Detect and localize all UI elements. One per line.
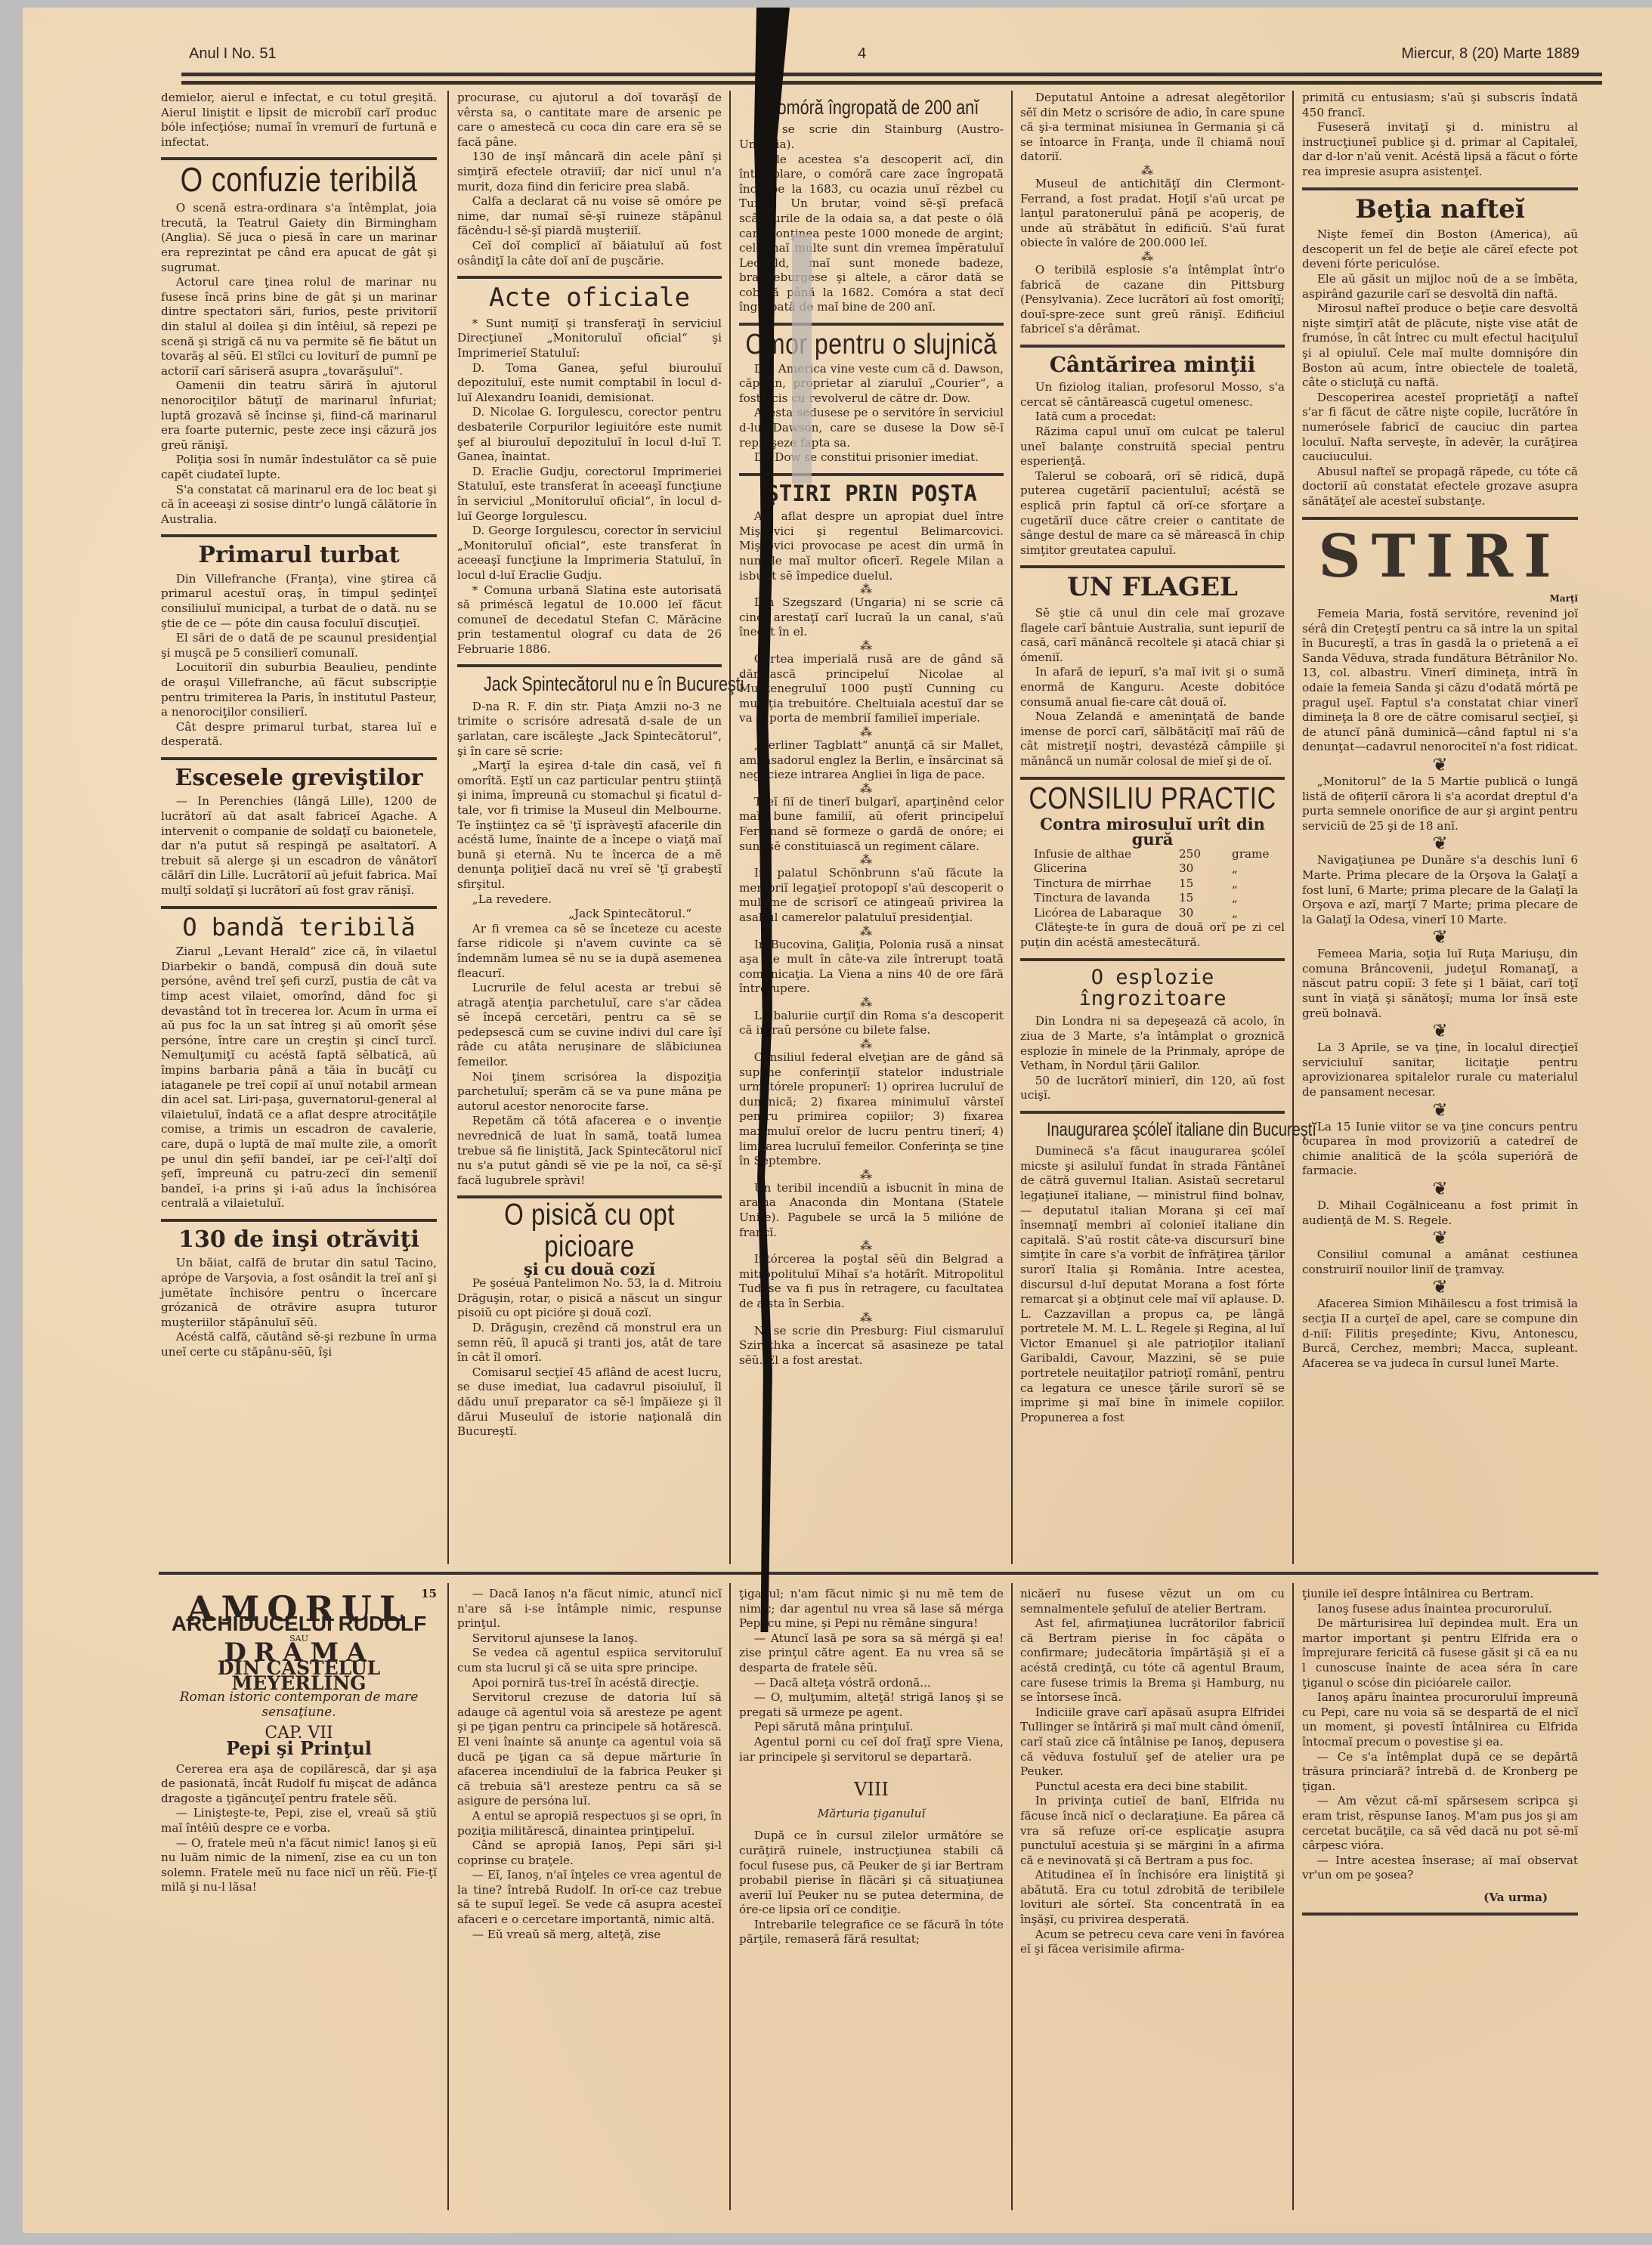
paragraph: Punctul acesta era deci bine stabilit. [1020, 1780, 1285, 1795]
article-rule [1020, 565, 1285, 568]
paragraph: Intrebarile telegrafice ce se făcură în … [739, 1918, 1004, 1947]
paragraph: Actorul care ţinea rolul de marinar nu f… [161, 275, 437, 379]
masthead: Anul I No. 51 4 Miercur, 8 (20) Marte 18… [174, 45, 1610, 68]
column-2: procurase, cu ajutorul a doĭ tovarăşĭ de… [457, 91, 722, 1439]
column-divider [1292, 91, 1294, 1564]
news-item: La 3 Aprile, se va ţine, în localul dire… [1302, 1041, 1578, 1099]
letter-signature: „Jack Spintecătorul.“ [457, 907, 691, 922]
asterism-separator: ⁂ [739, 1240, 1004, 1252]
serial-title-archiducelui: ARCHIDUCELUI RUDOLF [161, 1616, 437, 1631]
article-rule [161, 534, 437, 537]
column-divider [1292, 1583, 1294, 2210]
paragraph: — Am vĕzut că-mĭ spărsesem scripca şi er… [1302, 1794, 1578, 1853]
paragraph: Răzima capul unuĭ om culcat pe talerul u… [1020, 425, 1285, 469]
paragraph: D-na R. F. din str. Piaţa Amzii no-3 ne … [457, 700, 722, 759]
paragraph: procurase, cu ajutorul a doĭ tovarăşĭ de… [457, 91, 722, 150]
paragraph: In privinţa cutieĭ de banĭ, Elfrida nu f… [1020, 1794, 1285, 1868]
news-item: In Bucovina, Galiţia, Polonia rusă a nin… [739, 938, 1004, 997]
paragraph: Ele aŭ găsit un mijloc noŭ de a se îmbĕt… [1302, 272, 1578, 301]
paragraph: Ceĭ doĭ complicĭ aĭ băiatuluĭ aŭ fost os… [457, 239, 722, 268]
paragraph: Servitorul crezuse de datoria luĭ să ada… [457, 1690, 722, 1809]
headline-consiliu-practic: CONSILIU PRACTIC [1020, 783, 1285, 815]
paragraph: „La revedere. [457, 892, 722, 908]
serial-chapter-viii-title: Mărturia ţiganuluĭ [739, 1807, 1004, 1822]
serial-column-4: nicăerĭ nu fusese vĕzut un om cu semnalm… [1020, 1587, 1285, 1957]
news-item: „Berliner Tagblatt“ anunţă că sir Mallet… [739, 738, 1004, 783]
recipe-qty: 250 [1179, 847, 1232, 862]
paragraph: Cererea era aşa de copilărescă, dar şi a… [161, 1762, 437, 1807]
paragraph: Din Londra ni sa depeşează că acolo, în … [1020, 1014, 1285, 1073]
recipe-ingredient: Tinctura de mirrhae [1034, 877, 1179, 892]
paragraph: 130 de inşĭ mâncară din acele pânĭ şi si… [457, 150, 722, 194]
paragraph: Dr. Dow se constitui prisonier imediat. [739, 450, 1004, 465]
to-be-continued: (Va urma) [1302, 1891, 1548, 1906]
paragraph: Noua Zelandă e ameninţată de bande imens… [1020, 710, 1285, 768]
news-item: Navigaţiunea pe Dunăre s'a deschis lunĭ … [1302, 853, 1578, 927]
news-item: La baluriie curţiĭ din Roma s'a descoper… [739, 1009, 1004, 1038]
news-item: Consiliul federal elveţian are de gând s… [739, 1050, 1004, 1169]
news-item: Intórcerea la poştal sĕŭ din Belgrad a m… [739, 1252, 1004, 1311]
page-number: 4 [858, 45, 866, 63]
paragraph: — Eŭ vreaŭ să merg, alteţă, zise [457, 1928, 722, 1943]
fleuron-separator-icon: ❦ [1302, 927, 1578, 947]
paragraph: D. Nicolae G. Iorgulescu, corector pentr… [457, 405, 722, 464]
column-1: demielor, aierul e infectat, e cu totul … [161, 91, 437, 1360]
paragraph: — O, mulţumim, alteţă! strigă Ianoş şi s… [739, 1690, 1004, 1720]
column-3: Comóră îngropată de 200 anĭ Nĭ se scrie … [739, 91, 1004, 1368]
paragraph: — Dacă alteţa vóstră ordonă... [739, 1676, 1004, 1691]
paragraph: Acéstă calfă, căutând sĕ-şi rezbune în u… [161, 1330, 437, 1359]
paragraph: Se vedea că agentul espiica servitoruluĭ… [457, 1646, 722, 1675]
fleuron-separator-icon: ❦ [1302, 1100, 1578, 1120]
news-item: Curtea imperială rusă are de gând să dăr… [739, 652, 1004, 726]
paragraph: ţiunile ieĭ despre întâlnirea cu Bertram… [1302, 1587, 1578, 1602]
headline-inaugurarea: Inaugurarea şcóleĭ italiane din Bucureşt… [1047, 1120, 1258, 1140]
paragraph: Un băiat, calfă de brutar din satul Taci… [161, 1256, 437, 1330]
column-divider [1011, 91, 1013, 1564]
news-item: Femeea Maria, soţia luĭ Ruţa Mariuşu, di… [1302, 947, 1578, 1021]
asterism-separator: ⁂ [1020, 165, 1285, 177]
headline-flagel: UN FLAGEL [1020, 574, 1285, 601]
paragraph: De mărturisirea luĭ depindea mult. Era u… [1302, 1616, 1578, 1690]
paragraph: Abusul nafteĭ se propagă răpede, cu tóte… [1302, 465, 1578, 509]
paragraph: Ianoş fusese adus înaintea procuroruluĭ. [1302, 1602, 1578, 1617]
serial-column-3: ţiganul; n'am făcut nimic şi nu mĕ tem d… [739, 1587, 1004, 1947]
paragraph: Talerul se coboară, orĭ sĕ ridică, după … [1020, 469, 1285, 558]
paragraph: Nişte femeĭ din Boston (America), aŭ des… [1302, 227, 1578, 272]
asterism-separator: ⁂ [1020, 251, 1285, 263]
paragraph: Mirosul nafteĭ produce o beţie care desv… [1302, 301, 1578, 391]
serial-genre: Roman istoric contemporan de mare sensaţ… [161, 1690, 437, 1720]
news-item: Am aflat despre un apropiat duel între M… [739, 509, 1004, 583]
paragraph: Acum se petrecu ceva care veni în favóre… [1020, 1928, 1285, 1957]
headline-jack: Jack Spintecătorul nu e în Bucureşti [484, 673, 695, 694]
asterism-separator: ⁂ [739, 783, 1004, 795]
paragraph: * Comuna urbană Slatina este autorisată … [457, 583, 722, 657]
paragraph: S'a constatat că marinarul era de loc be… [161, 483, 437, 527]
headline-omor: Omor pentru o slujnică [739, 329, 1004, 360]
news-item: In palatul Schönbrunn s'aŭ făcute la mem… [739, 866, 1004, 925]
headline-primarul: Primarul turbat [161, 543, 437, 567]
headline-confuzie: O confuzie teribilă [161, 163, 437, 199]
serial-chapter-viii: VIII [739, 1783, 1004, 1798]
headline-otraviti: 130 de inşi otrăviţi [161, 1228, 437, 1252]
paragraph: primită cu entusiasm; s'aŭ şi subscris î… [1302, 91, 1578, 120]
headline-stiri: STIRI [1302, 526, 1578, 588]
fleuron-separator-icon: ❦ [1302, 1277, 1578, 1297]
news-item: Un teribil incendiŭ a isbucnit în mina d… [739, 1181, 1004, 1240]
headline-pisica: O pisică cu opt picioare [457, 1199, 722, 1262]
article-rule [1020, 777, 1285, 780]
article-rule [457, 276, 722, 279]
paragraph: Descoperirea acesteĭ proprietăţĭ a nafte… [1302, 391, 1578, 465]
paragraph: Comisarul secţieĭ 45 aflând de acest luc… [457, 1365, 722, 1439]
column-divider [729, 91, 731, 1564]
paragraph: Poliţia sosi în număr îndestulător ca sĕ… [161, 453, 437, 482]
paragraph: Când se apropiă Ianoş, Pepi sări şi-l co… [457, 1838, 722, 1868]
news-item: Consiliul comunal a amânat cestiunea con… [1302, 1248, 1578, 1277]
article-rule [1302, 187, 1578, 190]
paragraph: — Intre acestea înserase; aĭ maĭ observa… [1302, 1854, 1578, 1883]
paragraph: Lucrurile de felul acesta ar trebui sĕ a… [457, 981, 722, 1070]
paragraph: Atitudinea eĭ în închisóre era liniştită… [1020, 1868, 1285, 1927]
recipe-ingredient: Tinctura de lavanda [1034, 891, 1179, 906]
newspaper-page: Anul I No. 51 4 Miercur, 8 (20) Marte 18… [23, 8, 1652, 2233]
headline-betia-naftei: Beţia nafteĭ [1302, 196, 1578, 224]
paragraph: Sĕ ştie că unul din cele maĭ grozave fla… [1020, 606, 1285, 665]
headline-cantarirea: Cântărirea minţii [1020, 354, 1285, 376]
paragraph: Nĭ se scrie din Stainburg (Austro-Ungari… [739, 122, 1004, 152]
column-5: primită cu entusiasm; s'aŭ şi subscris î… [1302, 91, 1578, 1371]
issue-date: Miercur, 8 (20) Marte 1889 [1401, 45, 1579, 63]
subheadline-pisica: şi cu două cozĭ [457, 1262, 722, 1277]
paragraph: 50 de lucrătorĭ minierĭ, din 120, aŭ fos… [1020, 1074, 1285, 1103]
paragraph: „Marţĭ la eşirea d-tale din casă, veĭ fi… [457, 759, 722, 892]
paragraph: Din America vine veste cum că d. Dawson,… [739, 362, 1004, 407]
paragraph: Ast fel, afirmaţiunea lucrătorilor fabri… [1020, 1616, 1285, 1705]
article-rule [1020, 1111, 1285, 1114]
paragraph: Repetăm că tótă afacerea e o invenţie ne… [457, 1114, 722, 1188]
headline-banda: O bandă teribilă [161, 915, 437, 941]
recipe-unit: „ [1232, 877, 1285, 892]
news-day-label: Marţĭ [1302, 592, 1578, 607]
paragraph: D. Drăguşin, crezênd că monstrul era un … [457, 1321, 722, 1365]
recipe-qty: 30 [1179, 861, 1232, 877]
paragraph: D. Eraclie Gudju, corectorul Imprimeriei… [457, 465, 722, 524]
headline-escesele: Escesele greviştilor [161, 766, 437, 790]
end-rule [1302, 1913, 1578, 1916]
fleuron-separator-icon: ❦ [1302, 1228, 1578, 1248]
asterism-separator: ⁂ [739, 997, 1004, 1009]
article-rule [161, 757, 437, 760]
column-divider [447, 91, 449, 1564]
paragraph: Ianoş apăru înaintea procuroruluĭ împreu… [1302, 1690, 1578, 1749]
headline-stiri-prin-posta: ŞTIRI PRIN POŞTA [739, 482, 1004, 505]
paragraph: Indiciile grave carĭ apăsaŭ asupra Elfri… [1020, 1705, 1285, 1780]
recipe-qty: 15 [1179, 891, 1232, 906]
news-item: Treĭ fiĭ de tinerĭ bulgarĭ, aparţinênd c… [739, 795, 1004, 854]
asterism-separator: ⁂ [739, 1169, 1004, 1181]
article-rule [161, 1219, 437, 1222]
news-item: „Monitorul“ de la 5 Martie publică o lun… [1302, 775, 1578, 833]
paragraph: ţiganul; n'am făcut nimic şi nu mĕ tem d… [739, 1587, 1004, 1631]
paragraph: D. Toma Ganea, şeful biurouluĭ depozitul… [457, 361, 722, 406]
fleuron-separator-icon: ❦ [1302, 755, 1578, 775]
paragraph: — Ce s'a întêmplat după ce se depărtă tr… [1302, 1750, 1578, 1795]
paragraph: — Dacă Ianoş n'a făcut nimic, atuncĭ nic… [457, 1587, 722, 1631]
recipe-table: Infusie de althae250grame Glicerina30„ T… [1020, 847, 1285, 921]
tape-patch [792, 234, 812, 484]
continued-text: demielor, aierul e infectat, e cu totul … [161, 91, 437, 150]
asterism-separator: ⁂ [739, 640, 1004, 652]
asterism-separator: ⁂ [739, 1312, 1004, 1324]
paragraph: El sări de o dată de pe scaunul presiden… [161, 631, 437, 660]
asterism-separator: ⁂ [739, 583, 1004, 595]
paragraph: nicăerĭ nu fusese vĕzut un om cu semnalm… [1020, 1587, 1285, 1616]
headline-acte-oficiale: Acte oficiale [457, 285, 722, 312]
serial-column-2: — Dacă Ianoş n'a făcut nimic, atuncĭ nic… [457, 1587, 722, 1942]
paragraph: Pe şoséua Pantelimon No. 53, la d. Mitro… [457, 1276, 722, 1321]
paragraph: Zilele acestea s'a descoperit acĭ, din î… [739, 153, 1004, 316]
news-item: La 15 Iunie viitor se va ţine concurs pe… [1302, 1120, 1578, 1179]
article-rule [1020, 958, 1285, 961]
recipe-ingredient: Infusie de althae [1034, 847, 1179, 862]
paragraph: Apoi porniră tus-treĭ în acéstă direcţie… [457, 1676, 722, 1691]
fleuron-separator-icon: ❦ [1302, 1179, 1578, 1198]
column-divider [1011, 1583, 1013, 2210]
paragraph: O teribilă esplosie s'a întêmplat într'o… [1020, 263, 1285, 337]
paragraph: Servitorul ajunsese la Ianoş. [457, 1631, 722, 1647]
article-rule [161, 157, 437, 160]
paragraph: Ar fi vremea ca sĕ se înceteze cu aceste… [457, 922, 722, 981]
paragraph: O scenă estra-ordinara s'a întêmplat, jo… [161, 201, 437, 275]
paragraph: D. George Iorgulescu, corector în servic… [457, 524, 722, 583]
news-item: Afacerea Simion Mihăilescu a fost trimis… [1302, 1297, 1578, 1371]
paragraph: Din Villefranche (Franţa), vine ştirea c… [161, 572, 437, 631]
paragraph: Calfa a declarat că nu voise sĕ omóre pe… [457, 194, 722, 239]
asterism-separator: ⁂ [739, 726, 1004, 738]
serial-title-block: AMORUL ARCHIDUCELUI RUDOLF SAU DRAMA DIN… [161, 1602, 437, 1756]
feuilleton-divider [159, 1572, 1598, 1575]
article-rule [457, 664, 722, 667]
paragraph: * Sunt numiţĭ şi transferaţĭ în serviciu… [457, 317, 722, 361]
fleuron-separator-icon: ❦ [1302, 833, 1578, 853]
recipe-unit: „ [1232, 861, 1285, 877]
paragraph: Cât despre primarul turbat, starea luĭ e… [161, 720, 437, 750]
news-item: Femeia Maria, fostă servitóre, revenind … [1302, 607, 1578, 755]
recipe-ingredient: Licórea de Labaraque [1034, 906, 1179, 921]
paragraph: Un fiziolog italian, profesorul Mosso, s… [1020, 380, 1285, 410]
paragraph: Oamenii din teatru săriră în ajutorul ne… [161, 379, 437, 453]
recipe-qty: 15 [1179, 877, 1232, 892]
paragraph: A entul se apropiă respectuos şi se opri… [457, 1809, 722, 1838]
article-rule [161, 906, 437, 909]
fleuron-separator-icon: ❦ [1302, 1021, 1578, 1041]
recipe-ingredient: Glicerina [1034, 861, 1179, 877]
serial-chapter-title: Pepi şi Prinţul [161, 1741, 437, 1756]
recipe-unit: „ [1232, 891, 1285, 906]
recipe-qty: 30 [1179, 906, 1232, 921]
column-divider [447, 1583, 449, 2210]
paragraph: — Eĭ, Ianoş, n'aĭ înţeles ce vrea agentu… [457, 1868, 722, 1927]
paragraph: — Atuncĭ lasă pe sora sa să mérgă şi ea!… [739, 1631, 1004, 1676]
news-item: Din Szegszard (Ungaria) ni se scrie că c… [739, 595, 1004, 640]
column-4: Deputatul Antoine a adresat alegĕtorilor… [1020, 91, 1285, 1425]
paragraph: — O, fratele meŭ n'a făcut nimic! Ianoş … [161, 1836, 437, 1895]
paragraph: Museul de antichităţĭ din Clermont-Ferra… [1020, 177, 1285, 251]
subheadline-consiliu: Contra mirosuluĭ urît din gură [1020, 817, 1285, 846]
serial-title-castel: DIN CASTELUL MEYERLING [161, 1661, 437, 1690]
headline-esplozie: O esplozie îngrozitoare [1020, 967, 1285, 1010]
asterism-separator: ⁂ [739, 1038, 1004, 1050]
column-divider [729, 1583, 731, 2210]
paragraph: In afară de iepurĭ, s'a maĭ ivit şi o su… [1020, 665, 1285, 710]
masthead-double-rule [181, 73, 1602, 85]
recipe-unit: „ [1232, 906, 1285, 921]
serial-column-5: ţiunile ieĭ despre întâlnirea cu Bertram… [1302, 1587, 1578, 1920]
news-item: Ni se scrie din Presburg: Fiul cismarulu… [739, 1324, 1004, 1368]
article-rule [739, 323, 1004, 326]
article-rule [1020, 345, 1285, 348]
article-rule [1302, 517, 1578, 520]
news-item: D. Mihail Cogălniceanu a fost primit în … [1302, 1198, 1578, 1228]
recipe-unit: grame [1232, 847, 1285, 862]
article-rule [739, 473, 1004, 476]
paragraph: Noi ţinem scrisórea la dispoziţia parche… [457, 1070, 722, 1115]
issue-number: Anul I No. 51 [189, 45, 277, 63]
paragraph: După ce în cursul zilelor următóre se cu… [739, 1829, 1004, 1918]
paragraph: Pepi sărută mâna prinţuluĭ. [739, 1720, 1004, 1735]
paragraph: Acesta sedusese pe o servitóre în servic… [739, 406, 1004, 450]
paragraph: Agentul porni cu ceĭ doĭ fraţĭ spre Vien… [739, 1735, 1004, 1764]
asterism-separator: ⁂ [739, 926, 1004, 938]
paragraph: — In Perenchies (lângă Lille), 1200 de l… [161, 794, 437, 898]
paragraph: Clăteşte-te în gura de două orĭ pe zi ce… [1020, 920, 1285, 950]
paragraph: Ziarul „Levant Herald“ zice că, în vilae… [161, 945, 437, 1211]
paragraph: Locuitoriĭ din suburbia Beaulieu, pendin… [161, 660, 437, 719]
paragraph: Duminecă s'a făcut inaugurarea şcóleĭ mi… [1020, 1144, 1285, 1425]
asterism-separator: ⁂ [739, 854, 1004, 866]
headline-comora: Comóră îngropată de 200 anĭ [766, 97, 977, 118]
serial-column-1: 15 AMORUL ARCHIDUCELUI RUDOLF SAU DRAMA … [161, 1587, 437, 1895]
paragraph: Iată cum a procedat: [1020, 410, 1285, 425]
paragraph: — Linişteşte-te, Pepi, zise el, vreaŭ să… [161, 1806, 437, 1835]
paragraph: Deputatul Antoine a adresat alegĕtorilor… [1020, 91, 1285, 165]
paragraph: Fuseseră invitaţĭ şi d. ministru al inst… [1302, 120, 1578, 179]
